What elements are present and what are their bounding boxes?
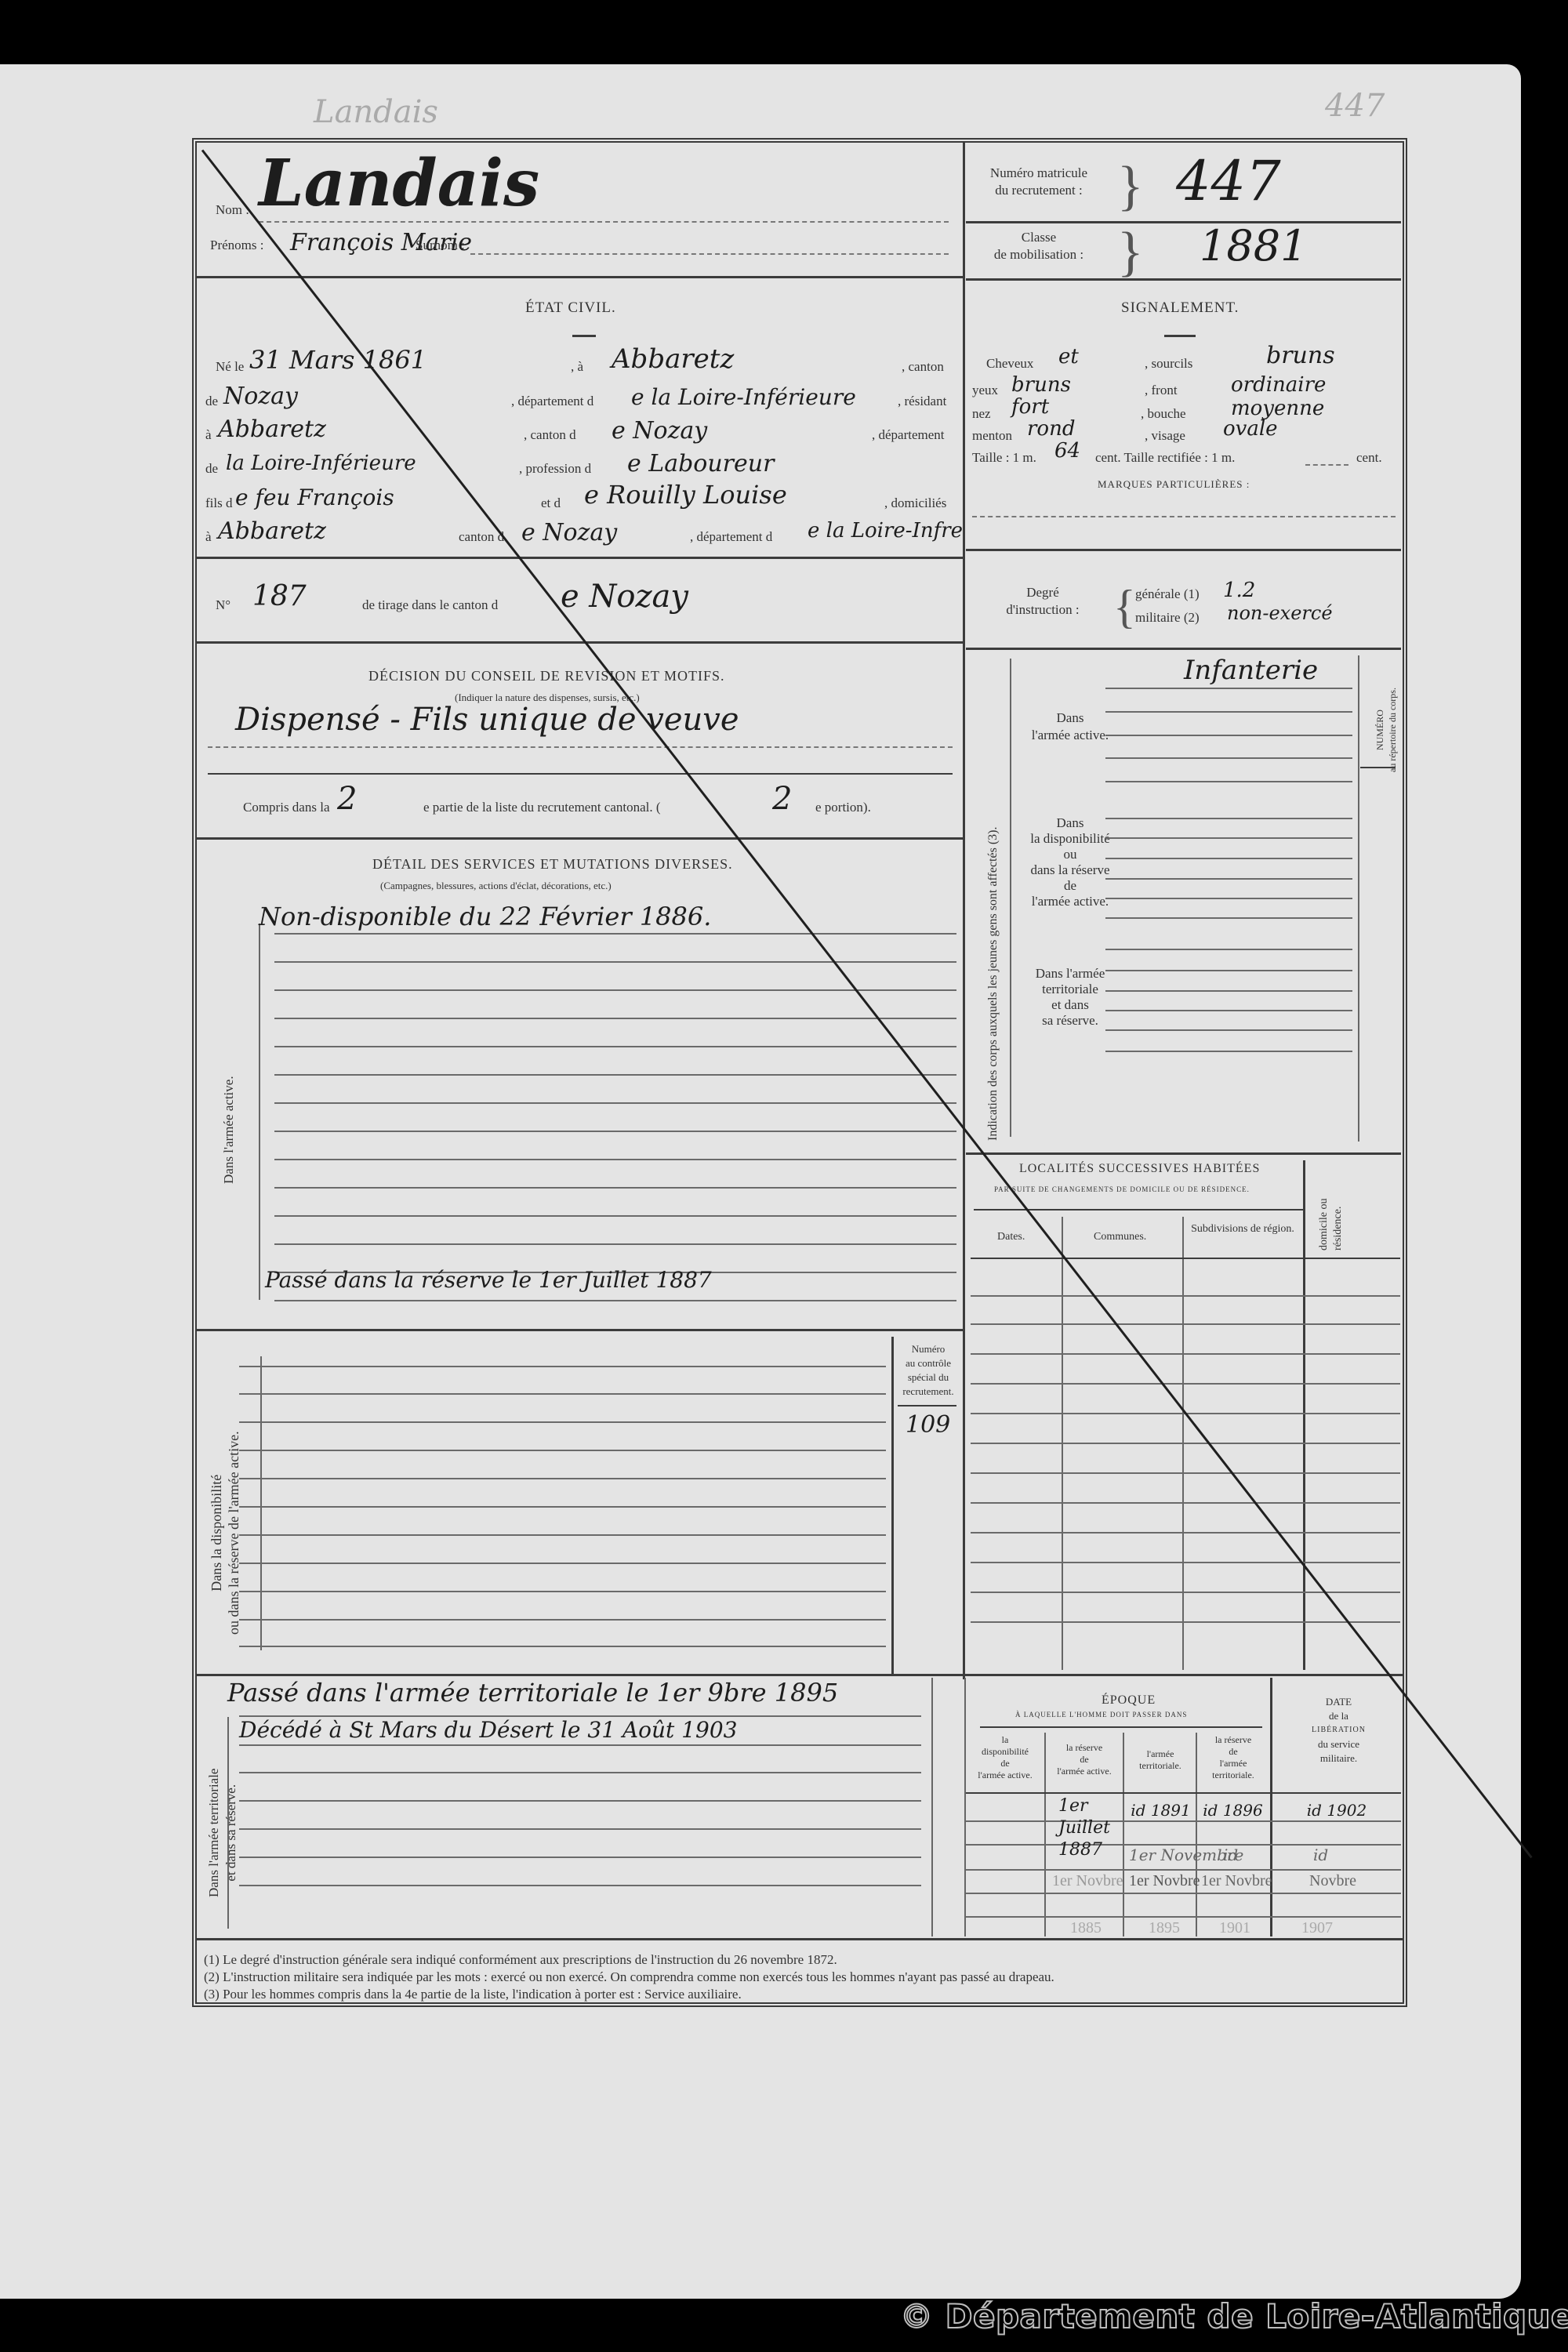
menton-value[interactable]: rond — [1027, 417, 1075, 441]
corps-active-value[interactable]: Infanterie — [1184, 655, 1318, 686]
rule — [966, 1792, 1401, 1794]
profession-label: , profession d — [519, 461, 591, 477]
rule — [274, 1131, 956, 1132]
rule — [239, 1619, 886, 1621]
rule — [966, 648, 1401, 650]
portion-label: e portion). — [815, 800, 871, 815]
services-title: DÉTAIL DES SERVICES ET MUTATIONS DIVERSE… — [372, 856, 733, 873]
localites-subtitle: PAR SUITE DE CHANGEMENTS DE DOMICILE OU … — [994, 1185, 1250, 1193]
rule — [971, 1472, 1400, 1474]
taille-rectifiee-field[interactable] — [1305, 464, 1348, 466]
rule — [1303, 1160, 1305, 1670]
rule — [239, 1450, 886, 1451]
marques-field[interactable] — [972, 516, 1396, 517]
decision-title: DÉCISION DU CONSEIL DE REVISION ET MOTIF… — [368, 668, 725, 684]
rule — [1358, 655, 1359, 1142]
rule — [966, 1152, 1401, 1155]
tirage-no-value[interactable]: 187 — [252, 580, 307, 612]
rule — [1105, 1029, 1352, 1031]
nez-value[interactable]: fort — [1011, 395, 1049, 419]
epoque-title: ÉPOQUE — [1102, 1693, 1156, 1708]
rule — [1105, 688, 1352, 689]
cheveux-value[interactable]: et — [1058, 345, 1079, 368]
rule — [274, 1074, 956, 1076]
rule — [196, 1329, 963, 1331]
portion-value[interactable]: 2 — [772, 781, 792, 817]
epoque-reserve-active-value[interactable]: 1er Juillet 1887 — [1058, 1795, 1121, 1861]
stamp-novembre: 1er Novbre — [1129, 1872, 1200, 1890]
rule — [239, 1857, 921, 1858]
rule — [971, 1621, 1400, 1623]
rule — [196, 837, 963, 840]
rule — [966, 1916, 1401, 1918]
rule — [1270, 1678, 1272, 1936]
rule — [196, 1674, 1403, 1676]
rule — [966, 1893, 1401, 1894]
footnote-1: (1) Le degré d'instruction générale sera… — [204, 1952, 837, 1968]
yeux-value[interactable]: bruns — [1011, 373, 1071, 397]
rule — [1105, 949, 1352, 950]
rule — [274, 933, 956, 935]
corps-side-label: Indication des corps auxquels les jeunes… — [986, 827, 1000, 1141]
rule — [971, 1502, 1400, 1504]
rule — [1105, 1010, 1352, 1011]
rule — [196, 1938, 1403, 1940]
a-label: à — [205, 529, 212, 545]
rule — [239, 1534, 886, 1536]
footnote-2: (2) L'instruction militaire sera indiqué… — [204, 1969, 1054, 1985]
rule — [239, 1646, 886, 1647]
matricule-label: Numéro matriculedu recrutement : — [972, 165, 1105, 199]
tirage-canton-value[interactable]: e Nozay — [561, 579, 688, 615]
rule — [971, 1323, 1400, 1325]
et-label: et d — [541, 495, 561, 511]
rule — [208, 773, 953, 775]
rule — [227, 1717, 229, 1929]
residant-label: , résidant — [898, 394, 946, 409]
epoque-liberation-amended[interactable]: id — [1313, 1846, 1328, 1864]
departement-label: , département — [872, 427, 945, 443]
epoque-col-reserve-territoriale: la réservedel'arméeterritoriale. — [1197, 1734, 1269, 1781]
rule — [274, 1018, 956, 1019]
rule — [966, 549, 1401, 551]
canton-value[interactable]: Nozay — [223, 383, 298, 410]
rule — [931, 1678, 933, 1936]
a-label: , à — [571, 359, 583, 375]
rule — [1360, 767, 1396, 768]
stamp-novembre: 1er Novbre — [1052, 1872, 1123, 1890]
rule — [971, 1532, 1400, 1534]
rule — [966, 221, 1401, 223]
taille-value[interactable]: 64 — [1054, 439, 1080, 463]
rule — [239, 1563, 886, 1564]
stamp-novembre: 1er Novbre — [1201, 1872, 1272, 1890]
tirage-no-label: N° — [216, 597, 230, 613]
disponibilite-side-label: Dans la disponibilitéou dans la réserve … — [208, 1431, 242, 1635]
rule — [259, 924, 260, 1300]
rule — [971, 1353, 1400, 1355]
territoriale-side-label: Dans l'armée territorialeet dans sa rése… — [205, 1769, 240, 1897]
canton2-value[interactable]: e Nozay — [612, 417, 707, 445]
signalement-title: SIGNALEMENT. — [1121, 299, 1239, 317]
front-value[interactable]: ordinaire — [1231, 373, 1326, 397]
stamp-novembre: Novbre — [1309, 1872, 1356, 1890]
numero-repertoire-label: NUMÉROau répertoire du corps. — [1374, 688, 1399, 772]
partie-label: e partie de la liste du recrutement cant… — [423, 800, 661, 815]
corps-disponibilite-label: Dansla disponibilitéoudans la réservedel… — [1011, 815, 1129, 909]
localites-col-subdivisions: Subdivisions de région. — [1188, 1223, 1298, 1236]
taille-rectifiee-label: cent. Taille rectifiée : 1 m. — [1095, 450, 1235, 466]
cheveux-label: Cheveux — [986, 356, 1033, 372]
epoque-col-disponibilite: ladisponibilitédel'armée active. — [966, 1734, 1044, 1781]
rule — [1105, 1051, 1352, 1052]
rule — [971, 1562, 1400, 1563]
birthplace-value[interactable]: Abbaretz — [612, 343, 734, 375]
rule — [1105, 818, 1352, 819]
rule — [1105, 781, 1352, 782]
rule — [974, 1209, 1303, 1210]
service-entry[interactable]: Non-disponible du 22 Février 1886. — [259, 902, 711, 931]
epoque-liberation-value[interactable]: id 1902 — [1274, 1800, 1399, 1820]
departement2-value[interactable]: la Loire-Inférieure — [226, 452, 416, 475]
active-side-label: Dans l'armée active. — [221, 1076, 237, 1184]
numero-controle-value[interactable]: 109 — [906, 1411, 950, 1439]
rule — [239, 1478, 886, 1479]
residence-value[interactable]: Abbaretz — [218, 416, 326, 443]
instruction-generale-label: générale (1) — [1135, 586, 1200, 602]
service-entry[interactable]: Décédé à St Mars du Désert le 31 Août 19… — [239, 1717, 737, 1743]
rule — [971, 1383, 1400, 1385]
rule — [239, 1885, 921, 1886]
epoque-reserve-territoriale-amended[interactable]: id — [1223, 1846, 1238, 1864]
services-subtitle: (Campagnes, blessures, actions d'éclat, … — [380, 880, 612, 892]
rule — [239, 1828, 921, 1830]
rule — [966, 1820, 1401, 1822]
rule — [239, 1393, 886, 1395]
instruction-militaire-label: militaire (2) — [1135, 610, 1200, 626]
column-divider — [963, 143, 965, 1679]
service-entry[interactable]: Passé dans l'armée territoriale le 1er 9… — [227, 1678, 838, 1708]
printed-year: 1907 — [1301, 1919, 1333, 1937]
canton-label: , canton — [902, 359, 944, 375]
nez-label: nez — [972, 406, 991, 422]
rule — [1105, 757, 1352, 759]
sourcils-label: , sourcils — [1145, 356, 1192, 372]
decision-value[interactable]: Dispensé - Fils unique de veuve — [235, 702, 739, 738]
localites-title: LOCALITÉS SUCCESSIVES HABITÉES — [1019, 1162, 1260, 1176]
rule — [1105, 837, 1352, 839]
epoque-col-territoriale: l'arméeterritoriale. — [1124, 1748, 1196, 1772]
rule — [260, 1356, 262, 1650]
instruction-generale-value[interactable]: 1.2 — [1223, 579, 1255, 602]
rule — [239, 1744, 921, 1746]
epoque-reserve-territoriale-value[interactable]: id 1896 — [1200, 1800, 1266, 1820]
departement-label: , département d — [511, 394, 593, 409]
partie-value[interactable]: 2 — [337, 781, 357, 817]
compris-label: Compris dans la — [243, 800, 330, 815]
rule — [1105, 735, 1352, 736]
pencil-name-annotation: Landais — [314, 94, 438, 130]
classe-value[interactable]: 1881 — [1200, 221, 1307, 270]
rule — [971, 1443, 1400, 1444]
rule — [274, 1187, 956, 1189]
fils-label: fils d — [205, 495, 232, 511]
rule — [1105, 878, 1352, 880]
cent-label: cent. — [1356, 450, 1382, 466]
liberation-label: DATEde laLIBÉRATIONdu servicemilitaire. — [1274, 1695, 1403, 1766]
rule — [239, 1800, 921, 1802]
rule — [274, 1102, 956, 1104]
visage-value[interactable]: ovale — [1223, 417, 1278, 441]
rule — [971, 1592, 1400, 1593]
classe-label: Classede mobilisation : — [972, 229, 1105, 263]
rule — [274, 1046, 956, 1047]
prenoms-label: Prénoms : — [210, 238, 263, 253]
front-label: , front — [1145, 383, 1178, 398]
corps-territoriale-label: Dans l'arméeterritorialeet danssa réserv… — [1011, 966, 1129, 1029]
printed-year: 1901 — [1219, 1919, 1250, 1937]
brace-icon: } — [1117, 155, 1144, 218]
rule — [966, 1869, 1401, 1871]
rule — [971, 1295, 1400, 1297]
canton-label: , canton d — [524, 427, 576, 443]
menton-label: menton — [972, 428, 1012, 444]
localites-col-communes: Communes. — [1094, 1231, 1146, 1243]
de-label: de — [205, 461, 218, 477]
nom-underline — [259, 221, 949, 223]
visage-label: , visage — [1145, 428, 1185, 444]
nom-value[interactable]: Landais — [259, 146, 539, 221]
numero-controle-label: Numéroau contrôlespécial durecrutement. — [894, 1342, 963, 1399]
yeux-label: yeux — [972, 383, 998, 398]
departement3-value[interactable]: e la Loire-Infre — [808, 519, 963, 543]
taille-label: Taille : 1 m. — [972, 450, 1036, 466]
rule — [980, 1726, 1262, 1728]
rule — [1105, 711, 1352, 713]
etat-civil-title: ÉTAT CIVIL. — [525, 299, 616, 317]
domicile-value[interactable]: Abbaretz — [218, 517, 326, 545]
rule — [1105, 858, 1352, 859]
profession-value[interactable]: e Laboureur — [627, 450, 774, 477]
father-value[interactable]: e feu François — [235, 485, 394, 510]
printed-year: 1895 — [1149, 1919, 1180, 1937]
ne-le-value[interactable]: 31 Mars 1861 — [249, 345, 426, 375]
pencil-number-annotation: 447 — [1325, 88, 1385, 124]
rule — [196, 641, 963, 644]
ne-le-label: Né le — [216, 359, 244, 375]
footnote-3: (3) Pour les hommes compris dans la 4e p… — [204, 1987, 742, 2002]
rule — [239, 1366, 886, 1367]
matricule-value[interactable]: 447 — [1176, 149, 1281, 213]
instruction-militaire-value[interactable]: non-exercé — [1227, 602, 1333, 624]
rule — [1105, 970, 1352, 971]
corps-active-label: Dansl'armée active. — [1011, 710, 1129, 744]
printed-year: 1885 — [1070, 1919, 1102, 1937]
rule — [274, 1243, 956, 1245]
brace-icon: { — [1113, 580, 1136, 634]
mother-value[interactable]: e Rouilly Louise — [584, 480, 787, 510]
degre-instruction-label: Degréd'instruction : — [980, 584, 1105, 619]
rule — [208, 746, 953, 748]
rule — [274, 1300, 956, 1301]
rule — [1105, 990, 1352, 992]
epoque-col-reserve-active: la réservedel'armée active. — [1046, 1742, 1123, 1777]
departement-label: , département d — [690, 529, 772, 545]
rule — [239, 1421, 886, 1423]
rule — [964, 1678, 966, 1936]
rule — [239, 1591, 886, 1592]
rule — [898, 1405, 956, 1406]
marques-label: MARQUES PARTICULIÈRES : — [1098, 478, 1250, 491]
epoque-territoriale-value[interactable]: id 1891 — [1127, 1800, 1194, 1820]
de-label: de — [205, 394, 218, 409]
rule — [971, 1258, 1400, 1259]
rule — [1105, 898, 1352, 899]
epoque-subtitle: À LAQUELLE L'HOMME DOIT PASSER DANS — [1015, 1711, 1187, 1719]
tirage-canton-label: de tirage dans le canton d — [362, 597, 498, 613]
departement-value[interactable]: e la Loire-Inférieure — [631, 384, 856, 410]
sourcils-value[interactable]: bruns — [1266, 342, 1335, 369]
rule — [274, 1215, 956, 1217]
rule — [966, 278, 1401, 281]
copyright-watermark: © Département de Loire-Atlantique — [900, 2297, 1568, 2336]
rule — [274, 1159, 956, 1160]
rule — [239, 1772, 921, 1773]
brace-icon: } — [1117, 221, 1144, 284]
service-entry[interactable]: Passé dans la réserve le 1er Juillet 188… — [265, 1267, 712, 1293]
bouche-label: , bouche — [1141, 406, 1186, 422]
surnom-label: Surnom : — [416, 238, 465, 253]
rule — [196, 557, 963, 559]
rule — [1164, 335, 1196, 337]
canton3-value[interactable]: e Nozay — [521, 519, 617, 546]
rule — [196, 276, 963, 278]
surnom-field[interactable] — [470, 253, 949, 255]
rule — [274, 961, 956, 963]
rule — [1105, 917, 1352, 919]
domicile-residence-label: domicile ourésidence. — [1317, 1199, 1345, 1251]
rule — [572, 335, 596, 337]
localites-col-dates: Dates. — [997, 1231, 1025, 1243]
a-label: à — [205, 427, 212, 443]
domicilies-label: , domiciliés — [884, 495, 946, 511]
rule — [239, 1506, 886, 1508]
